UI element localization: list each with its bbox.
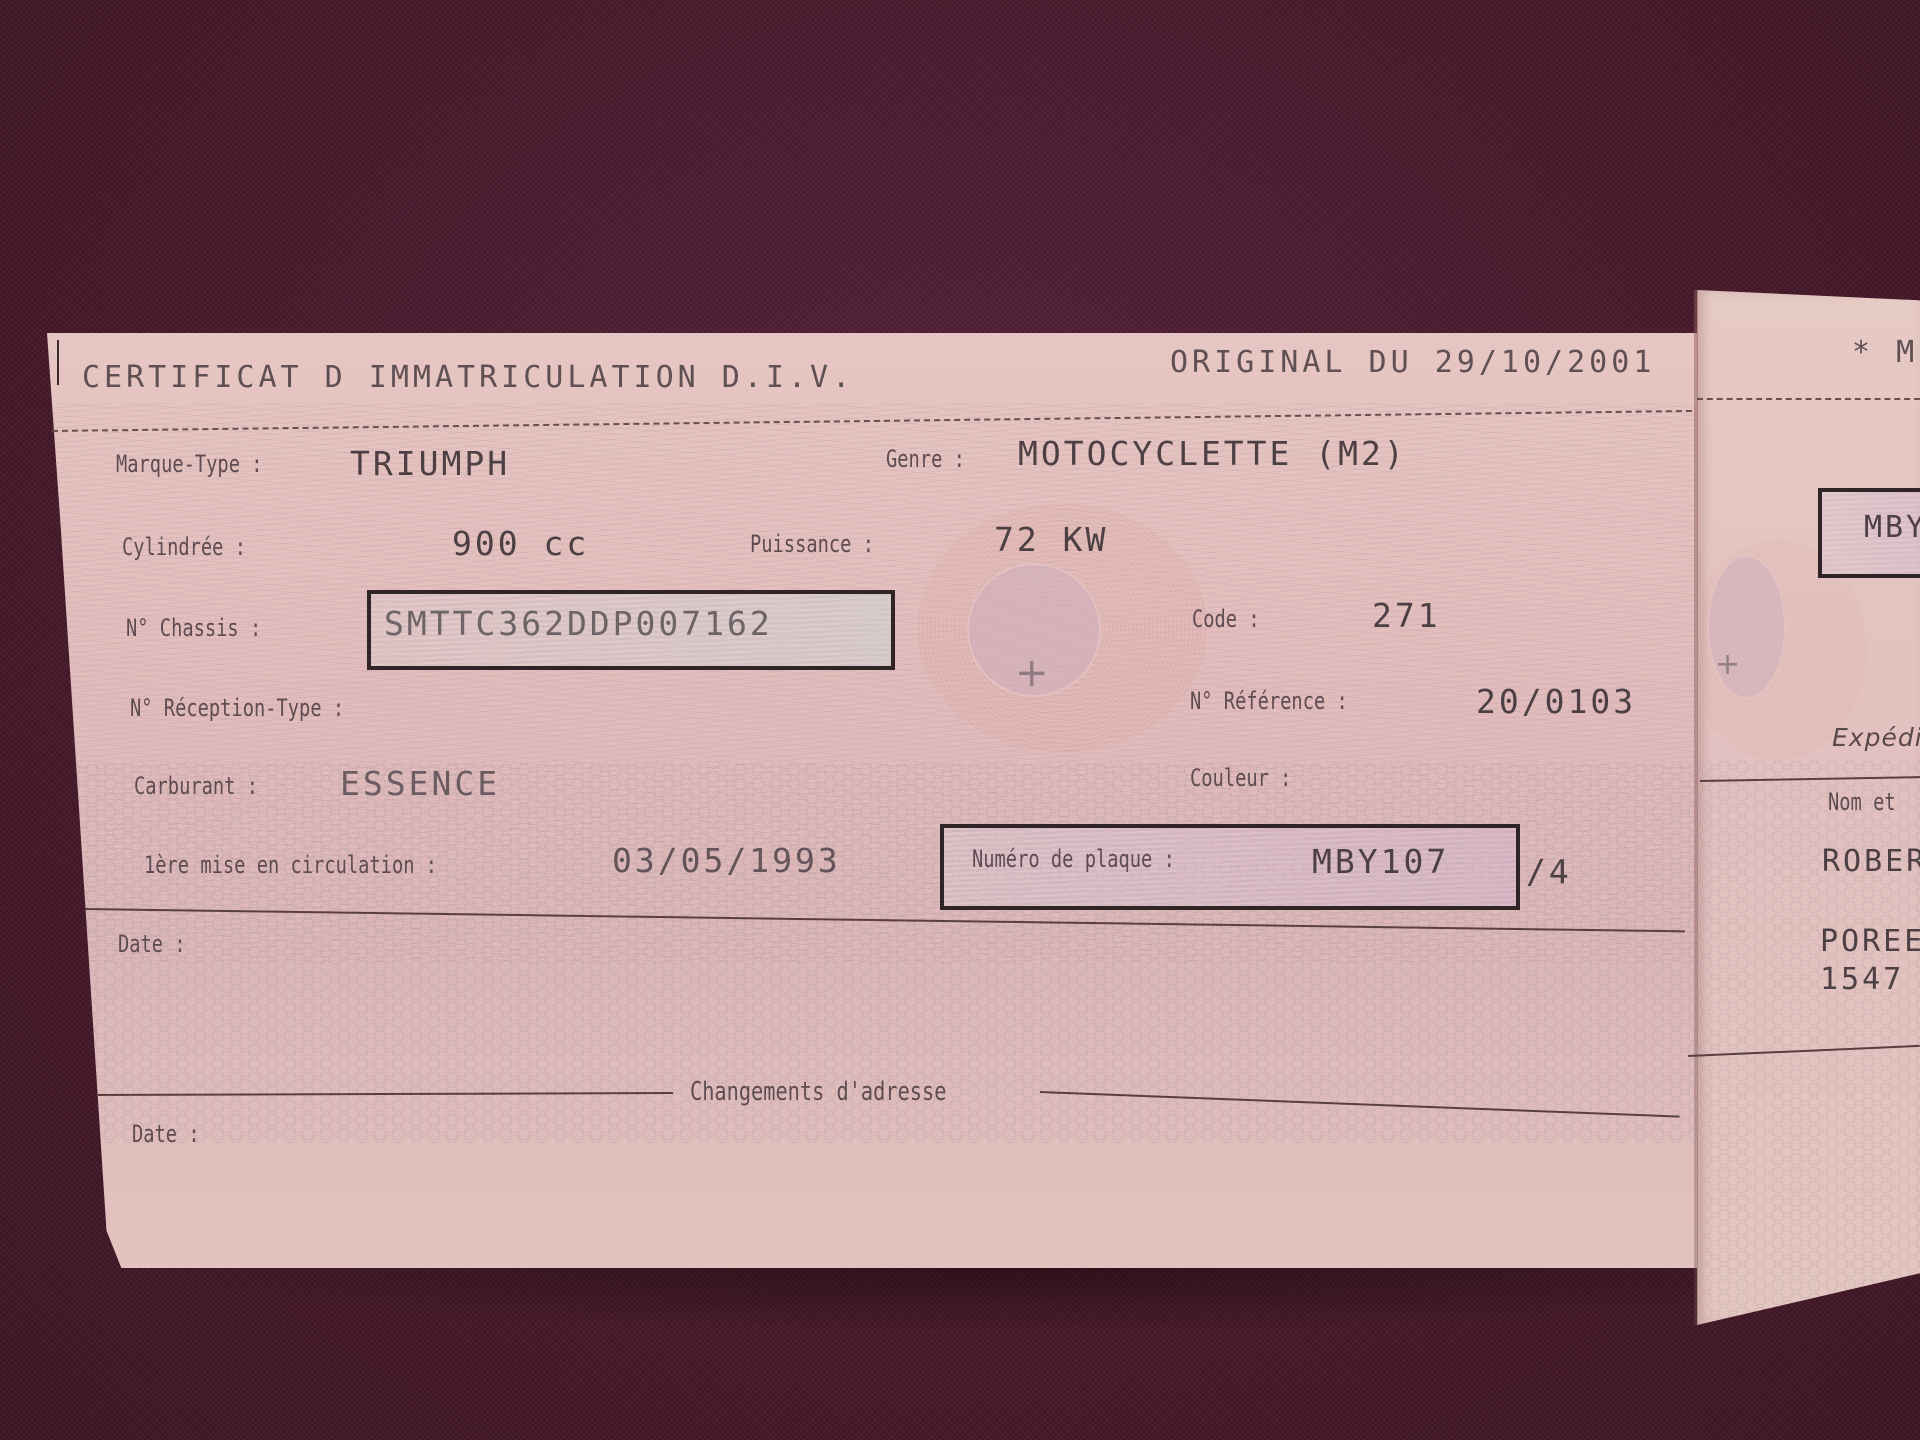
puissance-value: 72 KW xyxy=(994,520,1108,559)
header-divider-right xyxy=(1697,398,1920,400)
margin-mark xyxy=(57,340,59,385)
reception-type-label: N° Réception-Type : xyxy=(130,694,344,722)
genre-value: MOTOCYCLETTE (M2) xyxy=(1018,434,1407,473)
address-line-1: POREE xyxy=(1820,924,1920,959)
carburant-value: ESSENCE xyxy=(340,764,500,803)
code-label: Code : xyxy=(1192,605,1260,633)
date-label-2: Date : xyxy=(132,1120,200,1148)
premiere-circulation-value: 03/05/1993 xyxy=(612,841,841,880)
chassis-value: SMTTC362DDP007162 xyxy=(384,604,773,643)
genre-label: Genre : xyxy=(886,445,965,473)
owner-name: ROBER xyxy=(1822,844,1920,879)
reference-value: 20/0103 xyxy=(1476,682,1636,721)
date-label-1: Date : xyxy=(118,930,186,958)
plaque-value: MBY107 xyxy=(1312,842,1449,881)
seal-cross-icon-right: + xyxy=(1715,650,1740,680)
nom-label: Nom et xyxy=(1828,788,1896,816)
certificate-main-panel: + xyxy=(47,333,1699,1268)
original-date: ORIGINAL DU 29/10/2001 xyxy=(1170,345,1655,380)
certificate-title: CERTIFICAT D IMMATRICULATION D.I.V. xyxy=(82,360,854,395)
paper-shadow xyxy=(120,1262,1920,1332)
marque-type-label: Marque-Type : xyxy=(116,450,263,478)
puissance-label: Puissance : xyxy=(750,530,874,558)
fold-crease xyxy=(1694,290,1698,1325)
right-plate-value: MBY xyxy=(1864,510,1920,545)
couleur-label: Couleur : xyxy=(1190,764,1291,792)
carburant-label: Carburant : xyxy=(134,772,258,800)
premiere-circulation-label: 1ère mise en circulation : xyxy=(144,851,437,879)
address-line-2: 1547 xyxy=(1820,962,1904,997)
cylindree-label: Cylindrée : xyxy=(122,533,246,561)
right-marker: * M xyxy=(1852,335,1918,370)
expediteur-label: Expédi xyxy=(1832,723,1920,752)
marque-type-value: TRIUMPH xyxy=(350,444,510,483)
code-value: 271 xyxy=(1372,596,1441,635)
chassis-label: N° Chassis : xyxy=(126,614,261,642)
seal-cross-icon: + xyxy=(1015,653,1049,693)
reference-label: N° Référence : xyxy=(1190,687,1348,715)
changements-adresse-label: Changements d'adresse xyxy=(690,1077,946,1107)
plaque-suffix: /4 xyxy=(1526,852,1572,891)
plaque-label: Numéro de plaque : xyxy=(972,845,1175,873)
cylindree-value: 900 cc xyxy=(452,524,589,563)
